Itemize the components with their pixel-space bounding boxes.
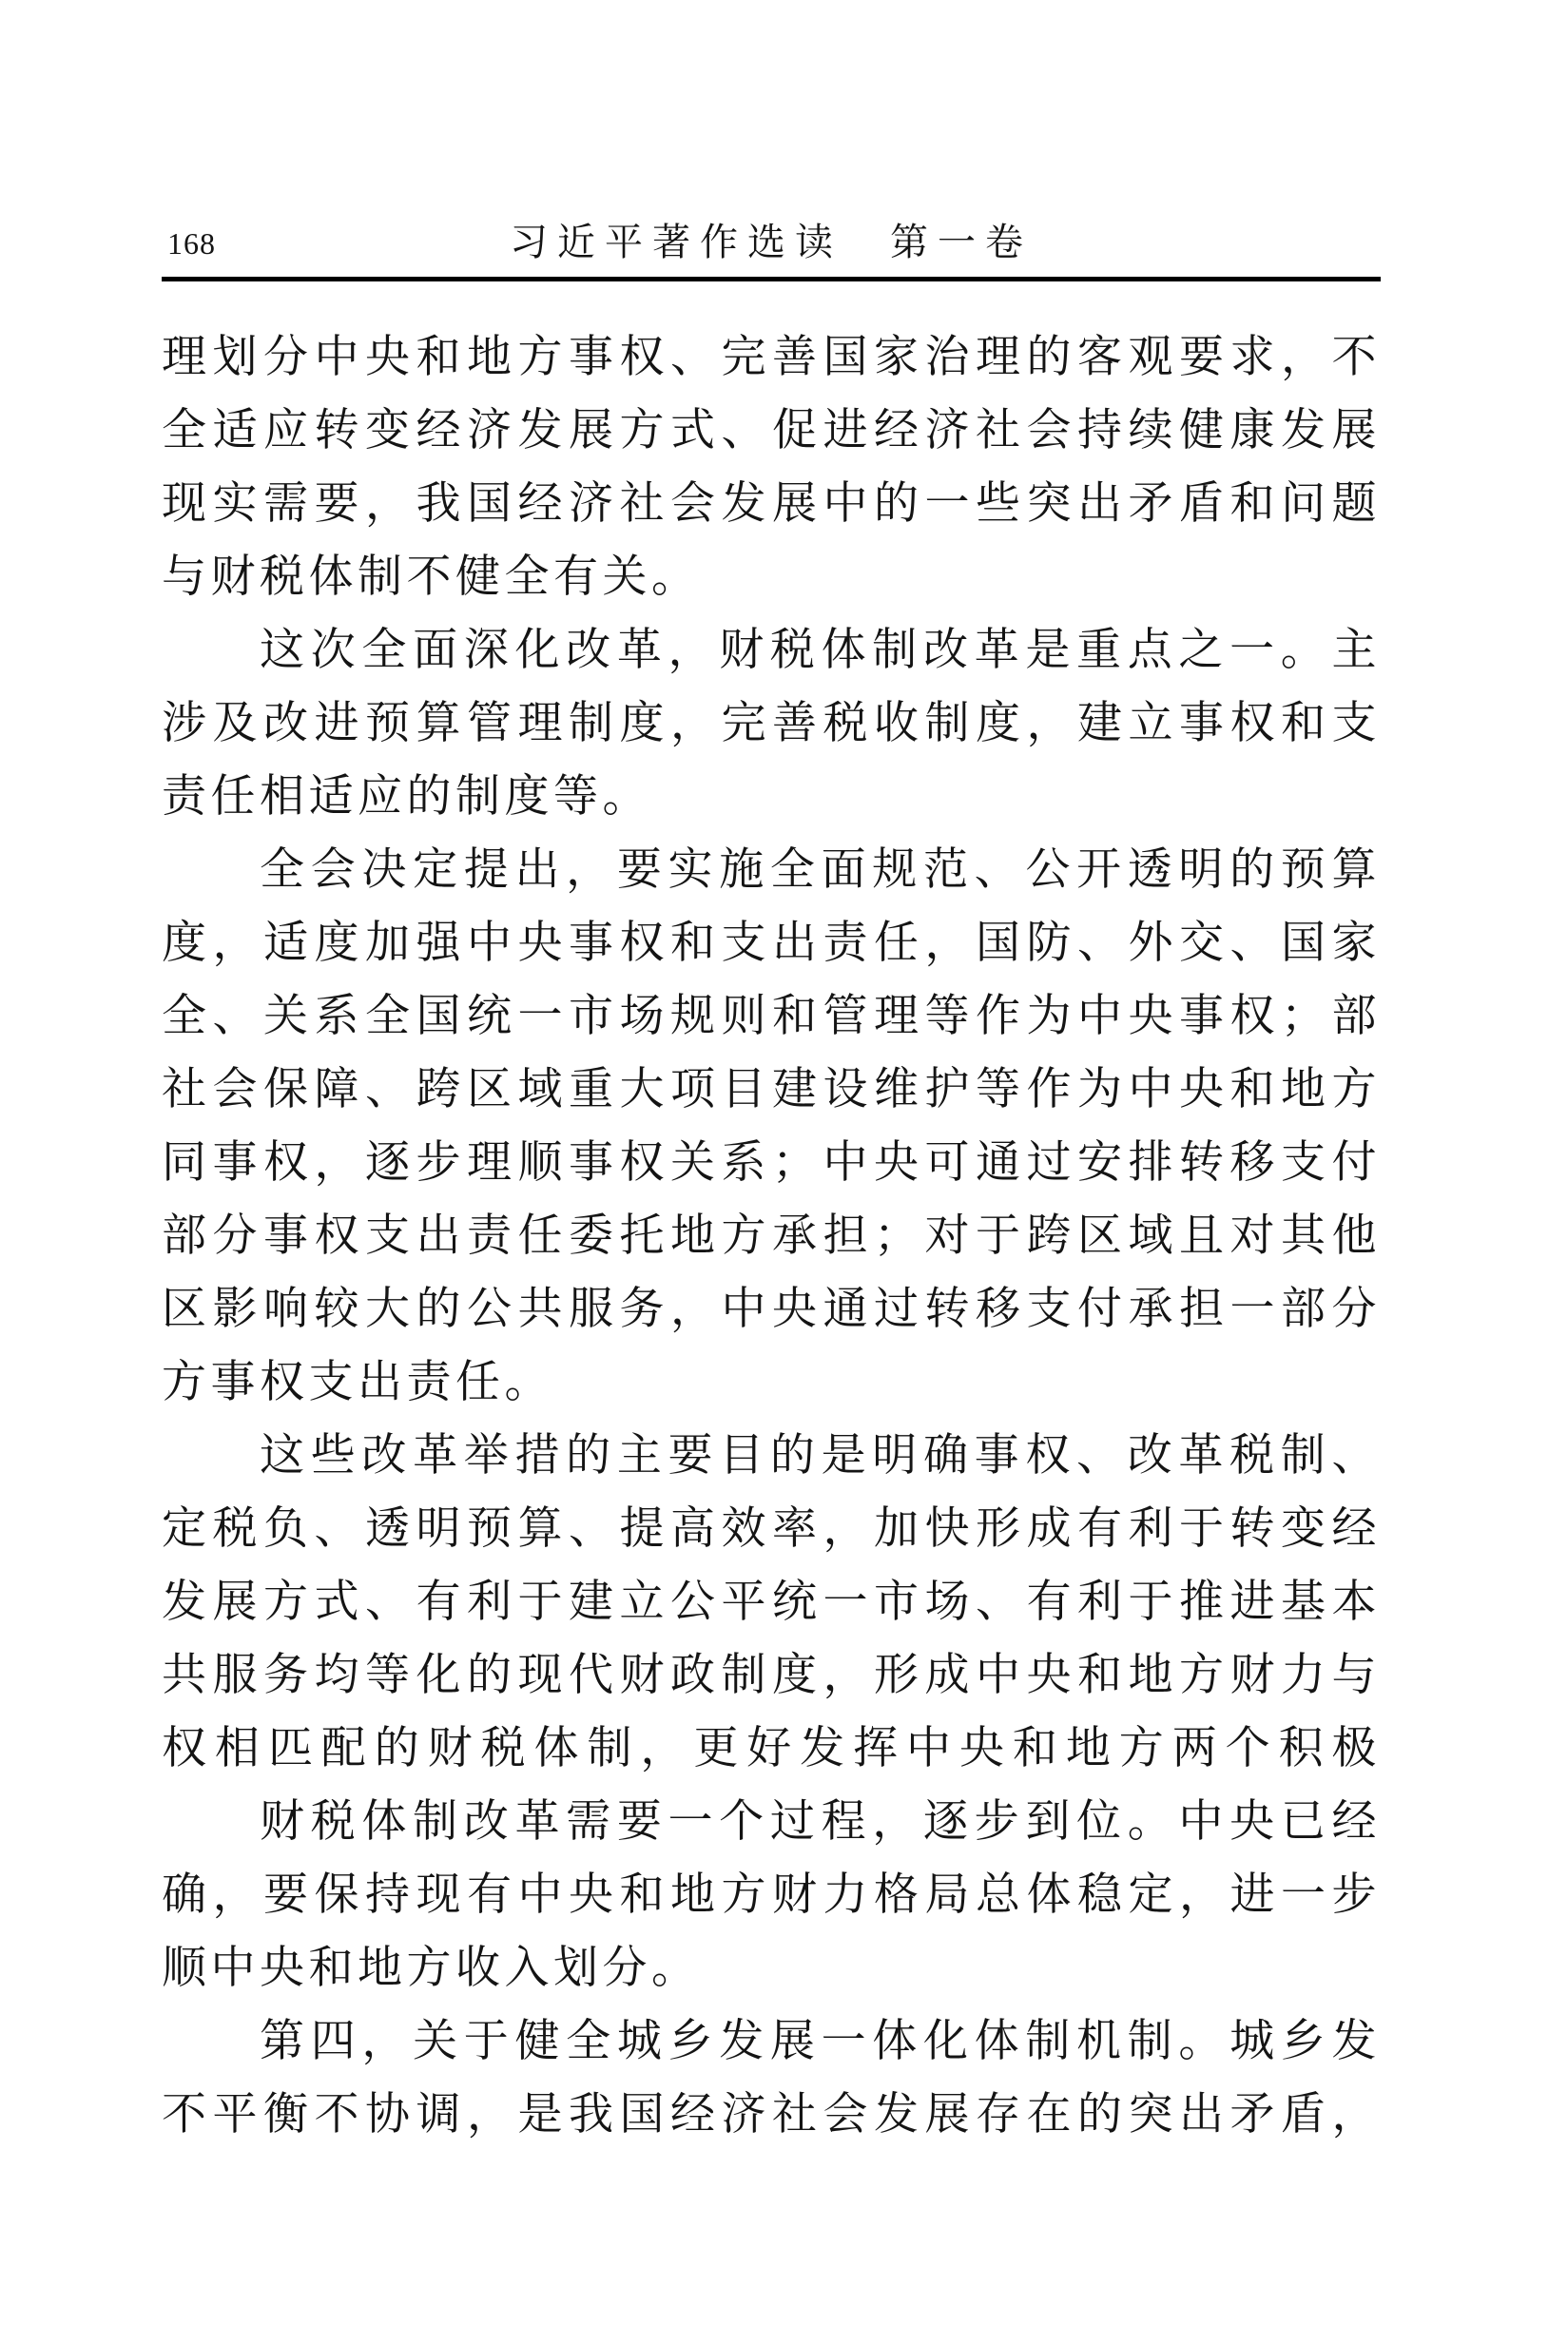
body-line: 不平衡不协调，是我国经济社会发展存在的突出矛盾，是 bbox=[162, 2079, 1381, 2152]
body-line: 定税负、透明预算、提高效率，加快形成有利于转变经济 bbox=[162, 1493, 1381, 1566]
body-line: 涉及改进预算管理制度，完善税收制度，建立事权和支出 bbox=[162, 688, 1381, 761]
body-line: 发展方式、有利于建立公平统一市场、有利于推进基本公 bbox=[162, 1566, 1381, 1639]
body-line: 责任相适应的制度等。 bbox=[162, 761, 1381, 834]
body-line: 共服务均等化的现代财政制度，形成中央和地方财力与事 bbox=[162, 1639, 1381, 1713]
body-line: 区影响较大的公共服务，中央通过转移支付承担一部分地 bbox=[162, 1273, 1381, 1346]
body-line: 财税体制改革需要一个过程，逐步到位。中央已经明 bbox=[162, 1786, 1381, 1859]
body-line: 这次全面深化改革，财税体制改革是重点之一。主要 bbox=[162, 614, 1381, 688]
body-line: 全、关系全国统一市场规则和管理等作为中央事权；部分 bbox=[162, 980, 1381, 1054]
running-header-title: 习近平著作选读 第一卷 bbox=[162, 219, 1381, 266]
body-line: 确，要保持现有中央和地方财力格局总体稳定，进一步理 bbox=[162, 1859, 1381, 1932]
body-line: 全会决定提出，要实施全面规范、公开透明的预算制 bbox=[162, 834, 1381, 907]
body-line: 同事权，逐步理顺事权关系；中央可通过安排转移支付将 bbox=[162, 1127, 1381, 1200]
body-line: 社会保障、跨区域重大项目建设维护等作为中央和地方共 bbox=[162, 1054, 1381, 1127]
body-line: 顺中央和地方收入划分。 bbox=[162, 1932, 1381, 2005]
body-line: 权相匹配的财税体制，更好发挥中央和地方两个积极性。 bbox=[162, 1713, 1381, 1786]
header-rule bbox=[162, 277, 1381, 281]
text-block: 理划分中央和地方事权、完善国家治理的客观要求，不完全适应转变经济发展方式、促进经… bbox=[162, 321, 1381, 2152]
body-line: 与财税体制不健全有关。 bbox=[162, 541, 1381, 614]
body-line: 部分事权支出责任委托地方承担；对于跨区域且对其他地 bbox=[162, 1200, 1381, 1273]
body-line: 度，适度加强中央事权和支出责任，国防、外交、国家安 bbox=[162, 907, 1381, 980]
running-head: 168 习近平著作选读 第一卷 bbox=[162, 219, 1381, 266]
body-line: 这些改革举措的主要目的是明确事权、改革税制、稳 bbox=[162, 1420, 1381, 1493]
body-line: 方事权支出责任。 bbox=[162, 1346, 1381, 1420]
body-line: 现实需要，我国经济社会发展中的一些突出矛盾和问题也 bbox=[162, 468, 1381, 541]
book-page: 168 习近平著作选读 第一卷 理划分中央和地方事权、完善国家治理的客观要求，不… bbox=[0, 0, 1568, 2344]
body-line: 第四，关于健全城乡发展一体化体制机制。城乡发展 bbox=[162, 2005, 1381, 2079]
body-line: 理划分中央和地方事权、完善国家治理的客观要求，不完 bbox=[162, 321, 1381, 395]
body-line: 全适应转变经济发展方式、促进经济社会持续健康发展的 bbox=[162, 395, 1381, 468]
